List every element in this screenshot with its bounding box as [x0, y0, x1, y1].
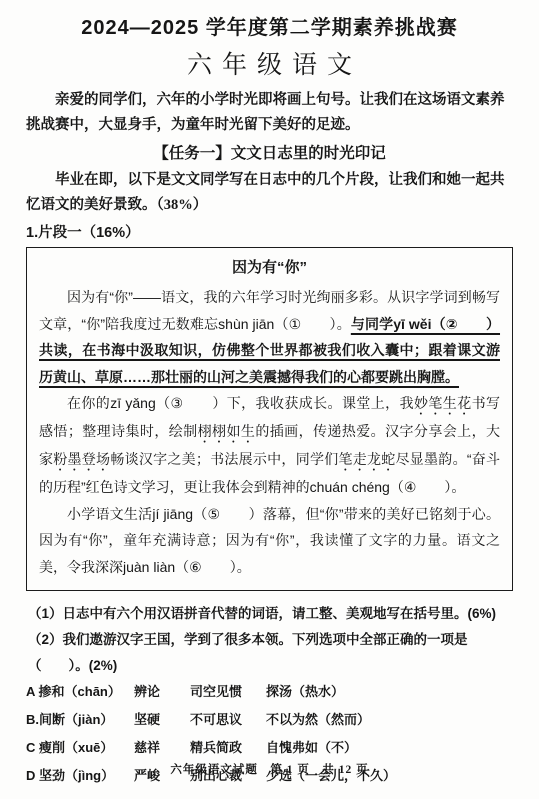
idiom-emphasized: 粉墨登场	[53, 451, 110, 467]
option-c-word4: 自愧弗如（不）	[266, 739, 513, 757]
questions-block: （1）日志中有六个用汉语拼音代替的词语，请工整、美观地写在括号里。(6%) （2…	[26, 601, 513, 679]
option-row-a: A 掺和（chān） 辨论 司空见惯 探汤（热水）	[26, 683, 513, 701]
question-1: （1）日志中有六个用汉语拼音代替的词语，请工整、美观地写在括号里。(6%)	[26, 601, 513, 627]
task-one-header: 【任务一】文文日志里的时光印记	[26, 142, 513, 166]
option-b-word2: 坚硬	[134, 711, 190, 729]
option-a-word4: 探汤（热水）	[266, 683, 513, 701]
option-a-word2: 辨论	[134, 683, 190, 701]
intro-paragraph: 亲爱的同学们，六年的小学时光即将画上句号。让我们在这场语文素养挑战赛中，大显身手…	[26, 88, 513, 138]
option-c-word1: C 瘦削（xuē）	[26, 739, 134, 757]
page-title: 2024—2025 学年度第二学期素养挑战赛	[26, 14, 513, 42]
option-a-word1: A 掺和（chān）	[26, 683, 134, 701]
passage-box: 因为有“你” 因为有“你”——语文，我的六年学习时光绚丽多彩。从识字学词到畅写文…	[26, 247, 513, 591]
option-b-word4: 不以为然（然而）	[266, 711, 513, 729]
passage-paragraph-1: 因为有“你”——语文，我的六年学习时光绚丽多彩。从识字学词到畅写文章，“你”陪我…	[39, 284, 500, 390]
task-one-intro: 毕业在即，以下是文文同学写在日志中的几个片段，让我们和她一起共忆语文的美好景致。…	[26, 168, 513, 218]
option-c-word3: 精兵简政	[190, 739, 266, 757]
idiom-emphasized: 妙笔生花	[414, 395, 472, 411]
page-footer: 六年级语文试题 第 1 页 共 12 页	[0, 761, 539, 777]
question-2: （2）我们遨游汉字王国，学到了很多本领。下列选项中全部正确的一项是（ ）。(2%…	[26, 627, 513, 679]
passage-p2-segment: 在你的zī yǎng（③ ）下，我收获成长。课堂上，我	[67, 395, 414, 411]
option-b-word1: B.间断（jiàn）	[26, 711, 134, 729]
passage-p2-segment: 畅谈汉字之美；书法展示中，同学们	[110, 451, 338, 467]
option-b-word3: 不可思议	[190, 711, 266, 729]
idiom-emphasized: 栩栩如生	[198, 423, 256, 439]
option-row-b: B.间断（jiàn） 坚硬 不可思议 不以为然（然而）	[26, 711, 513, 729]
passage-paragraph-3: 小学语文生活jí jiāng（⑤ ）落幕，但“你”带来的美好已铭刻于心。因为有“…	[39, 501, 500, 581]
option-a-word3: 司空见惯	[190, 683, 266, 701]
option-row-c: C 瘦削（xuē） 慈祥 精兵简政 自愧弗如（不）	[26, 739, 513, 757]
passage-title: 因为有“你”	[39, 256, 500, 280]
exam-paper-page: 2024—2025 学年度第二学期素养挑战赛 六年级语文 亲爱的同学们，六年的小…	[0, 0, 539, 799]
section-one-label: 1.片段一（16%）	[26, 222, 513, 244]
passage-paragraph-2: 在你的zī yǎng（③ ）下，我收获成长。课堂上，我妙笔生花书写感悟；整理诗集…	[39, 390, 500, 501]
option-c-word2: 慈祥	[134, 739, 190, 757]
paper-subtitle: 六年级语文	[26, 50, 513, 82]
idiom-emphasized: 笔走龙蛇	[338, 451, 395, 467]
